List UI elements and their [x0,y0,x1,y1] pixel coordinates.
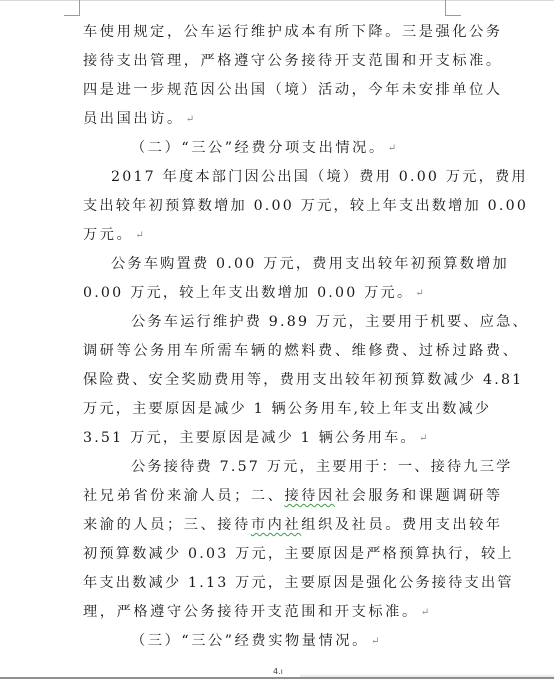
line-text: 保险费、安全奖励费用等，费用支出较年初预算数减少 4.81 [83,372,523,388]
document-page: 车使用规定，公车运行维护成本有所下降。三是强化公务接待支出管理，严格遵守公务接待… [0,0,554,677]
paragraph-mark-icon: ↵ [135,230,143,241]
text-line: （二）“三公”经费分项支出情况。↵ [83,134,473,163]
text-line: 理，严格遵守公务接待开支范围和开支标准。↵ [83,598,473,627]
crop-mark-top-left [64,0,80,16]
paragraph-mark-icon: ↵ [388,143,396,154]
text-line: 万元，主要原因是减少 1 辆公务用车,较上年支出数减少 [83,395,473,424]
line-text: 车使用规定，公车运行维护成本有所下降。三是强化公务 [83,24,503,40]
line-text: 支出较年初预算数增加 0.00 万元，较上年支出数增加 0.00 [83,198,528,214]
line-text: 公务车购置费 0.00 万元，费用支出较年初预算数增加 [111,256,509,272]
page-number: 4.ı [273,667,283,676]
paragraph-mark-icon: ↵ [371,636,379,647]
text-line: 社兄弟省份来渝人员；二、接待因社会服务和课题调研等 [83,482,473,511]
text-line: （三）“三公”经费实物量情况。↵ [83,627,473,656]
page-number-value: 4. [273,667,281,676]
text-line: 公务接待费 7.57 万元，主要用于：一、接待九三学 [83,453,473,482]
line-text: （三）“三公”经费实物量情况。 [131,633,369,649]
line-text: 万元，主要原因是减少 1 辆公务用车,较上年支出数减少 [83,401,491,417]
line-text: 来渝的人员；三、接待市内社组织及社员。费用支出较年 [83,517,503,533]
paragraph-mark-icon: ↵ [419,433,427,444]
text-line: 年支出数减少 1.13 万元，主要原因是强化公务接待支出管 [83,569,473,598]
paragraph-mark-icon: ı [281,667,283,676]
line-text: 年支出数减少 1.13 万元，主要原因是强化公务接待支出管 [83,575,514,591]
line-text: 公务接待费 7.57 万元，主要用于：一、接待九三学 [131,459,513,475]
text-line: 支出较年初预算数增加 0.00 万元，较上年支出数增加 0.00 [83,192,473,221]
page-top-edge [0,0,554,1]
text-line: 公务车购置费 0.00 万元，费用支出较年初预算数增加 [83,250,473,279]
line-text: 接待支出管理，严格遵守公务接待开支范围和开支标准。 [83,53,503,69]
text-line: 接待支出管理，严格遵守公务接待开支范围和开支标准。 [83,47,473,76]
line-text: 初预算数减少 0.03 万元，主要原因是严格预算执行，较上 [83,546,514,562]
crop-mark-top-right [445,0,461,16]
paragraph-mark-icon: ↵ [421,607,429,618]
text-line: 2017 年度本部门因公出国（境）费用 0.00 万元，费用 [83,163,473,192]
paragraph-mark-icon: ↵ [186,114,194,125]
text-line: 公务车运行维护费 9.89 万元，主要用于机要、应急、 [83,308,473,337]
text-line: 初预算数减少 0.03 万元，主要原因是严格预算执行，较上 [83,540,473,569]
line-text: 0.00 万元，较上年支出数增加 0.00 万元。 [83,285,413,301]
text-line: 调研等公务用车所需车辆的燃料费、维修费、过桥过路费、 [83,337,473,366]
grammar-check-underline[interactable]: 接待因 [284,488,334,504]
line-text: 理，严格遵守公务接待开支范围和开支标准。 [83,604,419,620]
text-line: 来渝的人员；三、接待市内社组织及社员。费用支出较年 [83,511,473,540]
text-line: 车使用规定，公车运行维护成本有所下降。三是强化公务 [83,18,473,47]
text-line: 0.00 万元，较上年支出数增加 0.00 万元。↵ [83,279,473,308]
line-text: 2017 年度本部门因公出国（境）费用 0.00 万元，费用 [111,169,528,185]
line-text: 万元。 [83,227,133,243]
document-body[interactable]: 车使用规定，公车运行维护成本有所下降。三是强化公务接待支出管理，严格遵守公务接待… [83,18,473,656]
text-line: 3.51 万元，主要原因是减少 1 辆公务用车。↵ [83,424,473,453]
grammar-check-underline[interactable]: 市内社 [251,517,301,533]
line-text: 员出国出访。 [83,111,184,127]
line-text: 公务车运行维护费 9.89 万元，主要用于机要、应急、 [131,314,529,330]
paragraph-mark-icon: ↵ [415,288,423,299]
line-text: （二）“三公”经费分项支出情况。 [131,140,386,156]
text-line: 员出国出访。↵ [83,105,473,134]
line-text: 调研等公务用车所需车辆的燃料费、维修费、过桥过路费、 [83,343,519,359]
text-line: 万元。↵ [83,221,473,250]
line-text: 3.51 万元，主要原因是减少 1 辆公务用车。 [83,430,417,446]
text-line: 四是进一步规范因公出国（境）活动，今年未安排单位人 [83,76,473,105]
line-text: 四是进一步规范因公出国（境）活动，今年未安排单位人 [83,82,503,98]
line-text: 社兄弟省份来渝人员；二、接待因社会服务和课题调研等 [83,488,503,504]
text-line: 保险费、安全奖励费用等，费用支出较年初预算数减少 4.81 [83,366,473,395]
